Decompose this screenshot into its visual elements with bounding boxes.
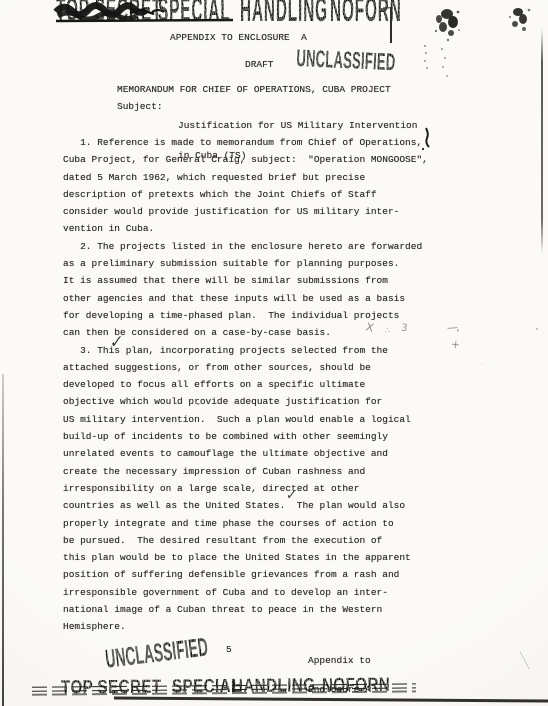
body-line: dated 5 March 1962, which requested brie… xyxy=(63,169,428,186)
handwritten-check-icon: ✓ xyxy=(109,331,124,352)
scan-edge-left xyxy=(2,374,4,706)
body-line: irresponsible government of Cuba and to … xyxy=(63,584,428,601)
body-line: Hemisphere. xyxy=(63,618,428,635)
body-line: It is assumed that there will be similar… xyxy=(63,272,428,289)
appendix-heading: APPENDIX TO ENCLOSURE A xyxy=(170,32,307,43)
ink-specks-artifact xyxy=(441,48,443,50)
body-line: description of pretexts which the Joint … xyxy=(63,186,428,203)
scan-edge-right xyxy=(541,28,543,254)
body-line: attached suggestions, or from other sour… xyxy=(63,359,428,376)
body-line: unrelated events to camouflage the ultim… xyxy=(63,445,428,462)
dot-column-artifact xyxy=(424,45,426,47)
appendix-ref-line-1: Appendix to xyxy=(308,656,371,666)
scan-mark-bottom-right xyxy=(519,651,529,669)
scribble-strikeout xyxy=(56,6,233,22)
pencil-plus-mark: + xyxy=(450,337,461,351)
body-line: build-up of incidents to be combined wit… xyxy=(63,428,428,445)
stamp-box-corner-line xyxy=(383,7,392,43)
handwritten-check-icon: ✓ xyxy=(285,487,297,503)
subject-line-1: Justification for US Military Interventi… xyxy=(178,121,417,131)
body-line: create the necessary impression of Cuban… xyxy=(63,463,428,480)
body-line: 1. Reference is made to memorandum from … xyxy=(63,134,428,151)
body-line: irresponsibility on a large scale, direc… xyxy=(63,480,428,497)
scanned-memo-page: TOP SECRET SPECIAL HANDLING NOFORN xyxy=(0,0,548,706)
body-line: developed to focus all efforts on a spec… xyxy=(63,376,428,393)
body-line: be pursued. The desired resultant from t… xyxy=(63,532,428,549)
body-line: as a preliminary submission suitable for… xyxy=(63,255,428,272)
pen-quote-mark: ” xyxy=(196,402,200,411)
body-line: consider would provide justification for… xyxy=(63,203,428,220)
body-line: other agencies and that these inputs wil… xyxy=(63,290,428,307)
unclassified-stamp-top: UNCLASSIFIED xyxy=(296,47,396,75)
pencil-dots-mark: ∴ xyxy=(385,326,391,335)
body-line: vention in Cuba. xyxy=(63,220,428,237)
body-line: this plan would be to place the United S… xyxy=(63,549,428,566)
body-line: US military intervention. Such a plan wo… xyxy=(63,411,428,428)
body-line: position of suffering defensible grievan… xyxy=(63,566,428,583)
ink-blot-right-2 xyxy=(509,8,530,31)
body-line: 2. The projects listed in the enclosure … xyxy=(63,238,428,255)
page-number: 5 xyxy=(226,644,232,655)
draft-heading: DRAFT xyxy=(245,59,274,70)
memo-body-text: 1. Reference is made to memorandum from … xyxy=(63,134,428,636)
body-line: national image of a Cuban threat to peac… xyxy=(63,601,428,618)
pencil-specks-artifact xyxy=(536,328,538,330)
body-line: properly integrate and time phase the co… xyxy=(63,515,428,532)
unclassified-stamp-bottom: UNCLASSIFIED xyxy=(104,633,209,671)
memo-title: MEMORANDUM FOR CHIEF OF OPERATIONS, CUBA… xyxy=(117,84,391,95)
body-line: countries as well as the United States. … xyxy=(63,497,428,514)
ink-blot-right-1 xyxy=(435,9,460,41)
body-line: objective which would provide adequate j… xyxy=(63,393,428,410)
subject-label: Subject: xyxy=(117,101,163,112)
pencil-dash-mark: —, xyxy=(447,321,458,335)
body-line: Cuba Project, for General Craig, subject… xyxy=(63,151,428,168)
